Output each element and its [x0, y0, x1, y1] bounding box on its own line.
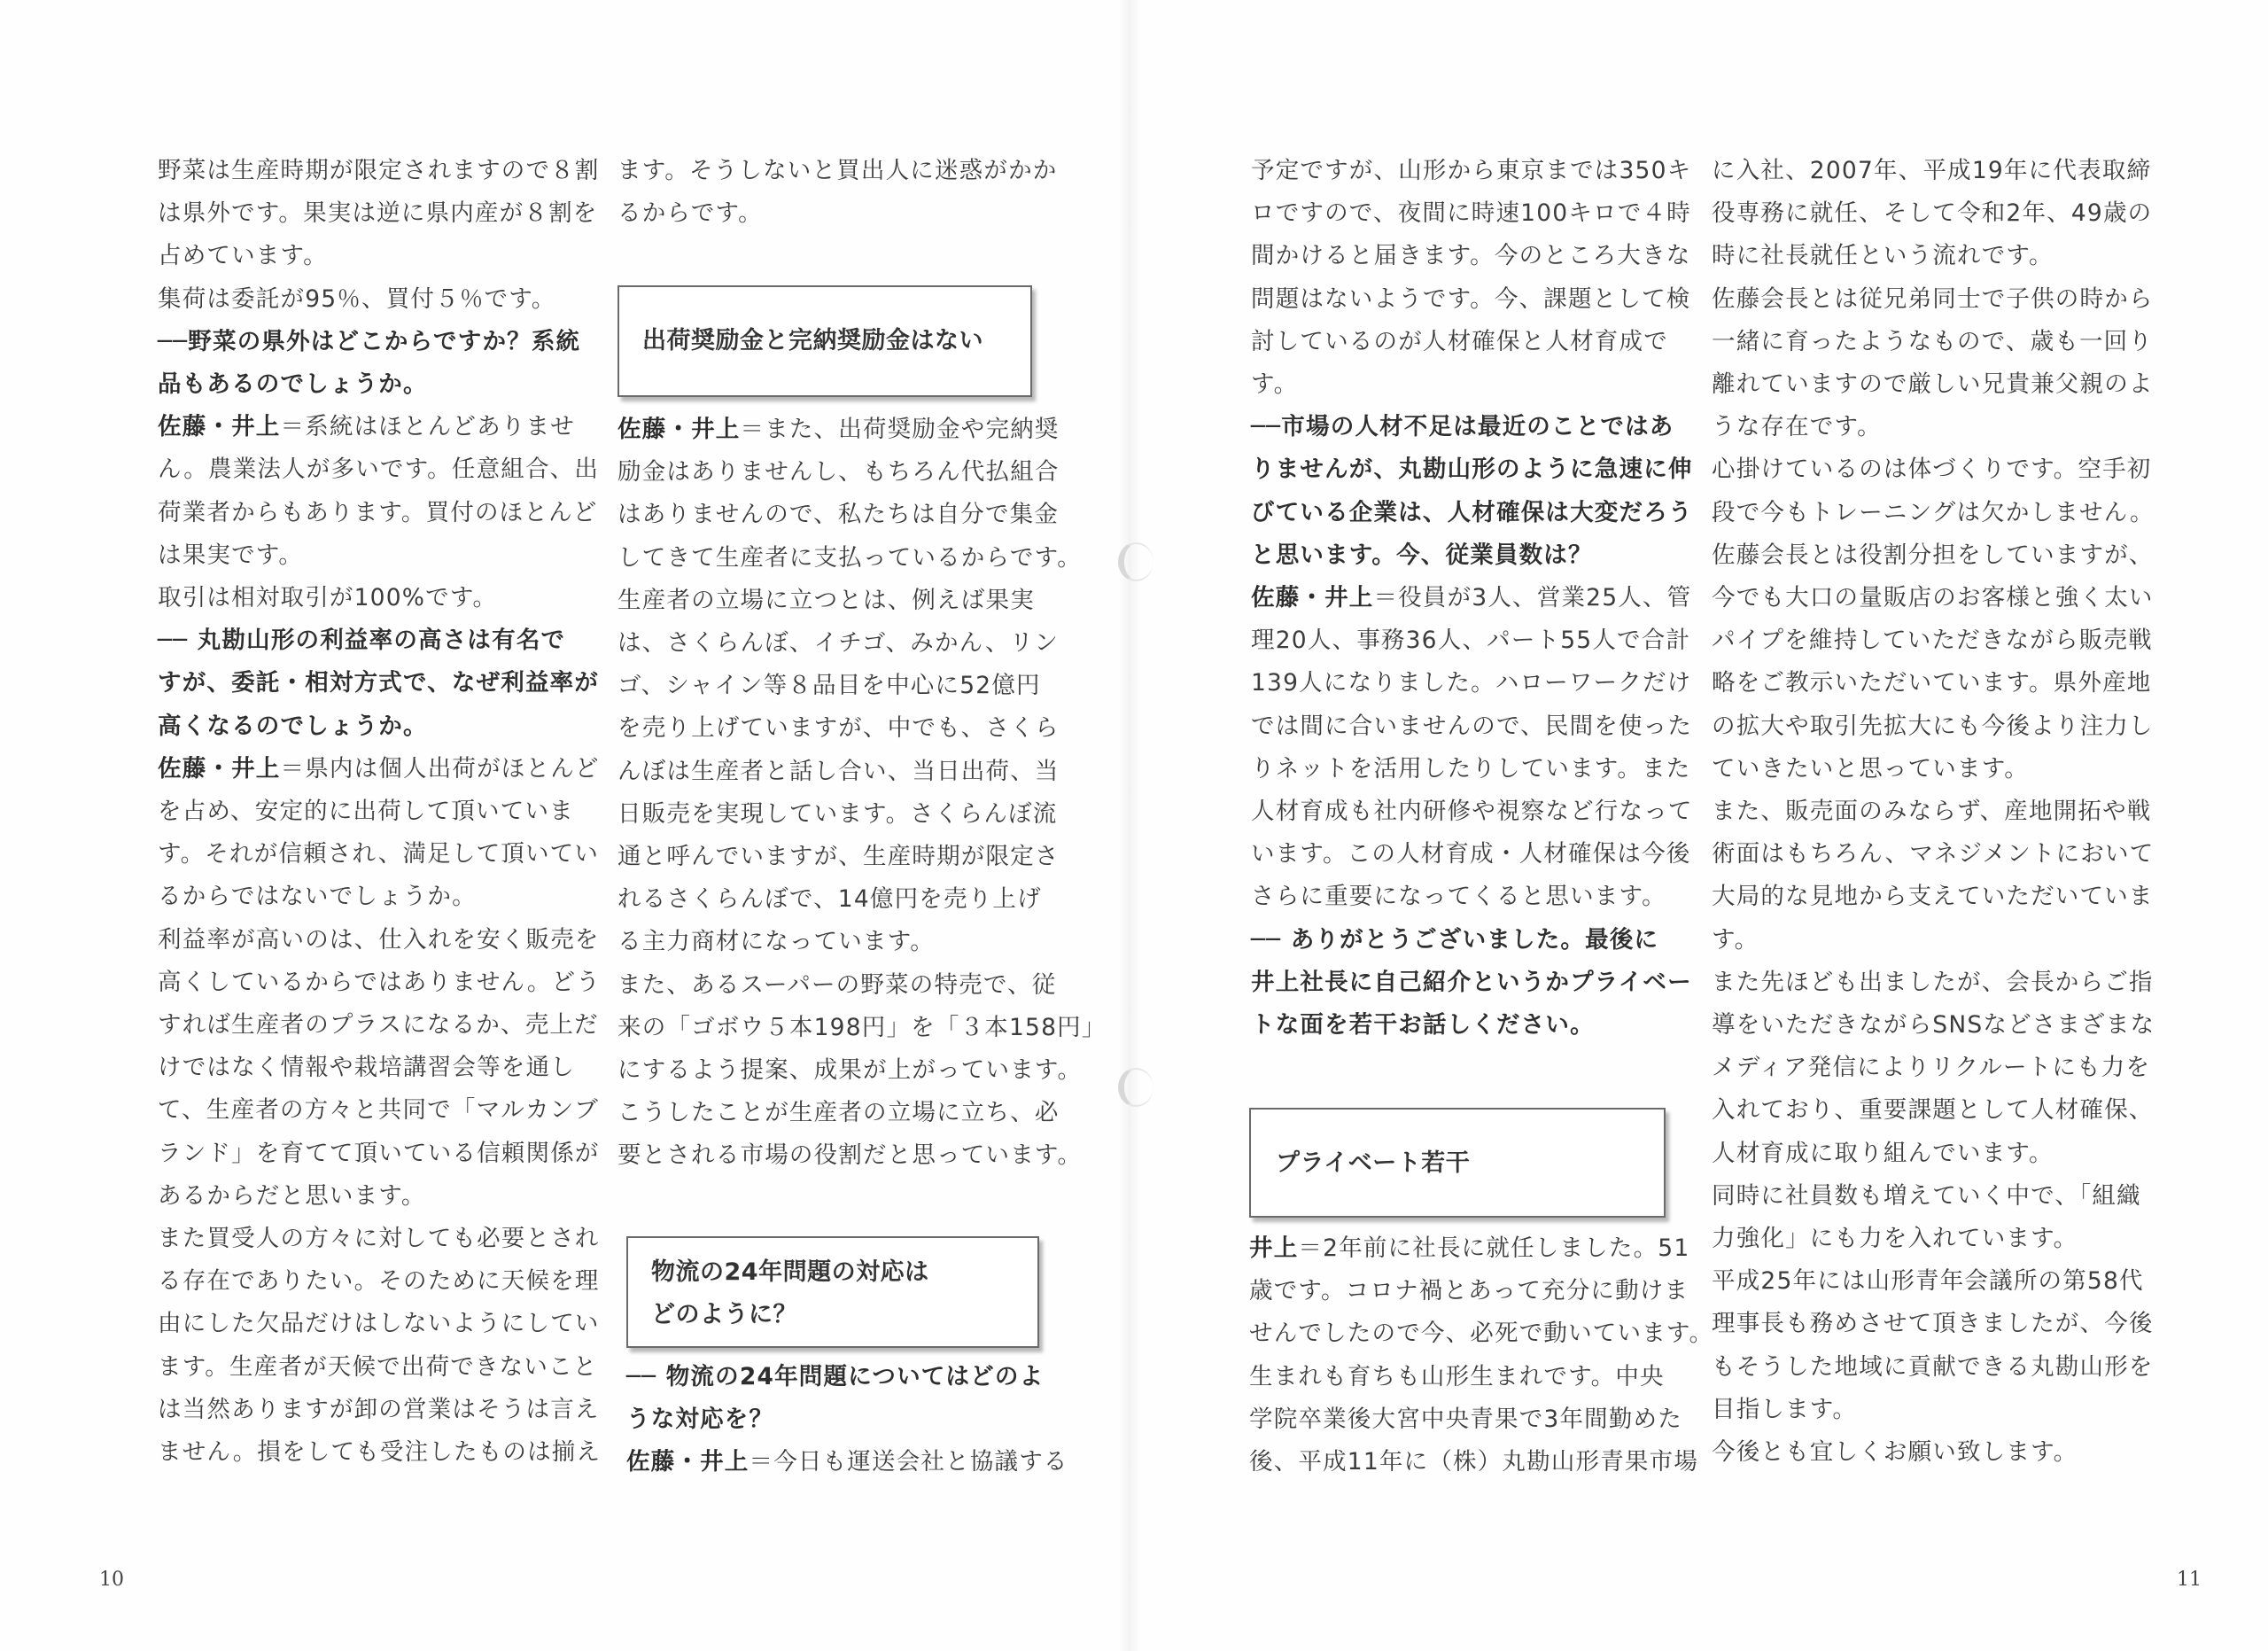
line-text: 心掛けているのは体づくりです。空手初 [1712, 456, 2151, 483]
line-text: 今後とも宜しくお願い致します。 [1712, 1438, 2078, 1466]
line-text: 野菜は生産時期が限定されますので８割 [158, 157, 600, 184]
line-text: は果実です。 [158, 541, 303, 569]
line-text: トな面を若干お話しください。 [1251, 1011, 1595, 1039]
text-line: こうしたことが生産者の立場に立ち、必 [617, 1098, 1060, 1128]
line-text: 佐藤会長とは従兄弟同士で子供の時から [1712, 285, 2154, 313]
line-text: るからではないでしょうか。 [158, 883, 477, 910]
line-text: す。 [1251, 370, 1298, 398]
line-text: ──野菜の県外はどこからですか？系統 [158, 328, 580, 355]
line-text: 大局的な見地から支えていただいていま [1712, 883, 2154, 910]
text-line: す。それが信頼され、満足して頂いてい [158, 839, 599, 869]
section-heading-box: プライベート若干 [1249, 1108, 1666, 1218]
line-text: ます。生産者が天候で出荷できないこと [158, 1353, 597, 1381]
line-text: 後、平成11年に（株）丸勘山形青果市場 [1249, 1448, 1698, 1476]
text-line: います。この人材育成・人材確保は今後 [1251, 839, 1690, 869]
line-text: 佐藤会長とは役割分担をしていますが、 [1712, 541, 2154, 569]
text-line: 後、平成11年に（株）丸勘山形青果市場 [1249, 1447, 1698, 1477]
speaker-label: 佐藤・井上 [158, 413, 281, 440]
line-text: ません。損をしても受注したものは揃え [158, 1438, 601, 1466]
text-line: に入社、2007年、平成19年に代表取締 [1712, 156, 2151, 186]
line-text: 高くなるのでしょうか。 [158, 713, 428, 740]
line-text: けではなく情報や栽培講習会等を通し [158, 1054, 575, 1081]
line-text: 139人になりました。ハローワークだけ [1251, 669, 1691, 697]
line-text: ランド」を育てて頂いている信頼関係が [158, 1140, 600, 1167]
text-line: 理事長も務めさせて頂きましたが、今後 [1712, 1309, 2154, 1339]
page-10: 野菜は生産時期が限定されますので８割は県外です。果実は逆に県内産が８割を占めてい… [0, 0, 1130, 1651]
text-line: 荷業者からもあります。買付のほとんど [158, 498, 597, 528]
text-line: 術面はもちろん、マネジメントにおいて [1712, 839, 2154, 869]
line-text: ゴ、シャイン等８品目を中心に52億円 [617, 672, 1041, 699]
section-heading-box: 出荷奨励金と完納奨励金はない [617, 285, 1032, 397]
line-text: 予定ですが、山形から東京までは350キ [1251, 157, 1691, 184]
line-text: すが、委託・相対方式で、なぜ利益率が [158, 669, 599, 697]
line-text: メディア発信によりリクルートにも力を [1712, 1054, 2150, 1081]
text-line: メディア発信によりリクルートにも力を [1712, 1053, 2150, 1083]
text-line: 心掛けているのは体づくりです。空手初 [1712, 455, 2151, 485]
line-text: は、さくらんぼ、イチゴ、みかん、リン [617, 629, 1059, 657]
text-line: 利益率が高いのは、仕入れを安く販売を [158, 925, 600, 955]
line-text: 入れており、重要課題として人材確保、 [1712, 1096, 2154, 1124]
question-line: トな面を若干お話しください。 [1251, 1010, 1595, 1040]
line-text: 離れていますので厳しい兄貴兼父親のよ [1712, 370, 2154, 398]
line-text: の拡大や取引先拡大にも今後より注力し [1712, 713, 2154, 740]
line-text: ＝また、出荷奨励金や完納奨 [741, 416, 1060, 443]
text-line: はありませんので、私たちは自分で集金 [617, 500, 1059, 530]
text-line: る主力商材になっています。 [617, 927, 935, 957]
line-text: る主力商材になっています。 [617, 928, 935, 955]
text-line: 理20人、事務36人、パート55人で合計 [1251, 626, 1690, 656]
text-line: て、生産者の方々と共同で「マルカンブ [158, 1095, 599, 1125]
line-text: 間かけると届きます。今のところ大きな [1251, 242, 1690, 269]
speaker-line: 佐藤・井上＝役員が3人、営業25人、管 [1251, 583, 1691, 613]
line-text: 理20人、事務36人、パート55人で合計 [1251, 627, 1690, 654]
text-line: けではなく情報や栽培講習会等を通し [158, 1053, 575, 1083]
text-line: ランド」を育てて頂いている信頼関係が [158, 1139, 600, 1169]
line-text: びている企業は、人材確保は大変だろう [1251, 499, 1693, 526]
text-line: ます。そうしないと買出人に迷惑がかか [617, 156, 1057, 186]
line-text: また買受人の方々に対しても必要とされ [158, 1225, 600, 1252]
line-text: ＝2年前に社長に就任しました。51 [1298, 1234, 1689, 1262]
text-line: また買受人の方々に対しても必要とされ [158, 1224, 600, 1254]
line-text: 討しているのが人材確保と人材育成で [1251, 328, 1668, 355]
magazine-spread: 野菜は生産時期が限定されますので８割は県外です。果実は逆に県内産が８割を占めてい… [0, 0, 2268, 1651]
question-line: ──市場の人材不足は最近のことではあ [1251, 412, 1674, 442]
line-text: 取引は相対取引が100%です。 [158, 584, 497, 611]
line-text: ロですので、夜間に時速100キロで４時 [1251, 199, 1691, 227]
line-text: もそうした地域に貢献できる丸勘山形を [1712, 1353, 2154, 1381]
line-text: こうしたことが生産者の立場に立ち、必 [617, 1099, 1060, 1126]
text-line: れるさくらんぼで、14億円を売り上げ [617, 884, 1042, 915]
text-line: うな存在です。 [1712, 412, 1882, 442]
text-line: の拡大や取引先拡大にも今後より注力し [1712, 712, 2154, 742]
line-text: 通と呼んでいますが、生産時期が限定さ [617, 843, 1060, 870]
text-line: また先ほども出ましたが、会長からご指 [1712, 968, 2154, 998]
question-line: 品もあるのでしょうか。 [158, 370, 428, 400]
text-line: 力強化」にも力を入れています。 [1712, 1224, 2078, 1254]
text-line: では間に合いませんので、民間を使った [1251, 712, 1692, 742]
line-text: 一緒に育ったようなもので、歳も一回り [1712, 328, 2153, 355]
question-line: りませんが、丸勘山形のように急速に伸 [1251, 455, 1693, 485]
line-text: ん。農業法人が多いです。任意組合、出 [158, 456, 599, 483]
text-line: 人材育成も社内研修や視察など行なって [1251, 797, 1693, 827]
line-text: 役専務に就任、そして令和2年、49歳の [1712, 199, 2152, 227]
line-text: 導をいただきながらSNSなどさまざまな [1712, 1011, 2155, 1039]
section-heading-box: 物流の24年問題の対応は どのように？ [626, 1236, 1039, 1348]
line-text: れるさくらんぼで、14億円を売り上げ [617, 885, 1042, 913]
line-text: を占め、安定的に出荷して頂いていま [158, 798, 574, 825]
line-text: は県外です。果実は逆に県内産が８割を [158, 199, 597, 227]
text-line: は当然ありますが卸の営業はそうは言え [158, 1395, 600, 1425]
text-line: ます。生産者が天候で出荷できないこと [158, 1352, 597, 1382]
page-number: 11 [2177, 1569, 2202, 1591]
text-line: ロですので、夜間に時速100キロで４時 [1251, 199, 1691, 229]
speaker-label: 佐藤・井上 [158, 755, 281, 783]
section-heading-line-1: 物流の24年問題の対応は [651, 1258, 929, 1288]
line-text: ──市場の人材不足は最近のことではあ [1251, 413, 1674, 440]
text-line: 139人になりました。ハローワークだけ [1251, 668, 1691, 698]
text-line: りネットを活用したりしています。また [1251, 754, 1690, 784]
page-number: 10 [99, 1569, 124, 1591]
text-line: 略をご教示いただいています。県外産地 [1712, 668, 2151, 698]
text-line: 高くしているからではありません。どう [158, 968, 601, 998]
text-line: にするよう提案、成果が上がっています。 [617, 1055, 1082, 1086]
speaker-label: 佐藤・井上 [626, 1448, 750, 1476]
text-line: 役専務に就任、そして令和2年、49歳の [1712, 199, 2152, 229]
text-line: 日販売を実現しています。さくらんぼ流 [617, 799, 1057, 829]
line-text: では間に合いませんので、民間を使った [1251, 713, 1692, 740]
line-text: してきて生産者に支払っているからです。 [617, 544, 1082, 572]
line-text: る存在でありたい。そのために天候を理 [158, 1267, 600, 1295]
line-text: ── ありがとうございました。最後に [1251, 926, 1658, 954]
line-text: 歳です。コロナ禍とあって充分に動けま [1249, 1277, 1689, 1304]
text-line: るからです。 [617, 199, 763, 229]
text-line: 野菜は生産時期が限定されますので８割 [158, 156, 600, 186]
text-line: 来の「ゴボウ５本198円」を「３本158円」 [617, 1013, 1107, 1043]
speaker-line: 佐藤・井上＝今日も運送会社と協議する [626, 1447, 1068, 1477]
question-line: 井上社長に自己紹介というかプライベー [1251, 968, 1692, 998]
text-line: んぼは生産者と話し合い、当日出荷、当 [617, 757, 1060, 787]
line-text: は当然ありますが卸の営業はそうは言え [158, 1396, 600, 1423]
speaker-label: 佐藤・井上 [1251, 584, 1374, 611]
question-line: すが、委託・相対方式で、なぜ利益率が [158, 668, 599, 698]
question-line: びている企業は、人材確保は大変だろう [1251, 498, 1693, 528]
line-text: 日販売を実現しています。さくらんぼ流 [617, 800, 1057, 828]
line-text: すれば生産者のプラスになるか、売上だ [158, 1011, 599, 1039]
text-line: 佐藤会長とは役割分担をしていますが、 [1712, 541, 2154, 571]
text-line: る存在でありたい。そのために天候を理 [158, 1266, 600, 1297]
text-line: また、販売面のみならず、産地開拓や戦 [1712, 797, 2151, 827]
line-text: 励金はありませんし、もちろん代払組合 [617, 458, 1060, 486]
text-line: ん。農業法人が多いです。任意組合、出 [158, 455, 599, 485]
line-text: て、生産者の方々と共同で「マルカンブ [158, 1096, 599, 1124]
text-line: 集荷は委託が95％、買付５％です。 [158, 284, 556, 315]
text-line: あるからだと思います。 [158, 1181, 426, 1211]
speaker-line: 佐藤・井上＝系統はほとんどありませ [158, 412, 575, 442]
text-line: ません。損をしても受注したものは揃え [158, 1437, 601, 1468]
speaker-line: 井上＝2年前に社長に就任しました。51 [1249, 1234, 1689, 1264]
line-text: はありませんので、私たちは自分で集金 [617, 501, 1059, 528]
text-line: 導をいただきながらSNSなどさまざまな [1712, 1010, 2155, 1040]
question-line: ── ありがとうございました。最後に [1251, 925, 1658, 955]
speaker-label: 井上 [1249, 1234, 1298, 1262]
text-line: 要とされる市場の役割だと思っています。 [617, 1141, 1082, 1171]
line-text: 力強化」にも力を入れています。 [1712, 1225, 2078, 1252]
text-line: 予定ですが、山形から東京までは350キ [1251, 156, 1691, 186]
speaker-label: 佐藤・井上 [617, 416, 741, 443]
text-line: せんでしたので今、必死で動いています。 [1249, 1319, 1713, 1349]
text-line: ていきたいと思っています。 [1712, 754, 2029, 784]
line-text: あるからだと思います。 [158, 1182, 426, 1210]
line-text: うな対応を？ [626, 1406, 773, 1433]
text-line: 問題はないようです。今、課題として検 [1251, 284, 1690, 315]
text-line: もそうした地域に貢献できる丸勘山形を [1712, 1352, 2154, 1382]
line-text: 要とされる市場の役割だと思っています。 [617, 1141, 1082, 1169]
question-line: と思います。今、従業員数は？ [1251, 541, 1593, 571]
line-text: 利益率が高いのは、仕入れを安く販売を [158, 926, 600, 954]
text-line: 取引は相対取引が100%です。 [158, 583, 497, 613]
line-text: ── 丸勘山形の利益率の高さは有名で [158, 627, 565, 654]
line-text: 生産者の立場に立つとは、例えば果実 [617, 587, 1035, 614]
line-text: 高くしているからではありません。どう [158, 969, 601, 996]
line-text: 時に社長就任という流れです。 [1712, 242, 2054, 269]
line-text: ── 物流の24年問題についてはどのよ [626, 1363, 1044, 1390]
line-text: 略をご教示いただいています。県外産地 [1712, 669, 2151, 697]
text-line: るからではないでしょうか。 [158, 882, 477, 912]
text-line: 目指します。 [1712, 1395, 1857, 1425]
line-text: さらに重要になってくると思います。 [1251, 883, 1666, 910]
text-line: を売り上げていますが、中でも、さくら [617, 713, 1060, 744]
text-line: 入れており、重要課題として人材確保、 [1712, 1095, 2154, 1125]
question-line: うな対応を？ [626, 1405, 773, 1435]
line-text: るからです。 [617, 199, 763, 227]
text-line: 生産者の立場に立つとは、例えば果実 [617, 586, 1035, 616]
question-line: ──野菜の県外はどこからですか？系統 [158, 327, 580, 357]
question-line: 高くなるのでしょうか。 [158, 712, 428, 742]
line-text: 理事長も務めさせて頂きましたが、今後 [1712, 1310, 2154, 1337]
line-text: と思います。今、従業員数は？ [1251, 541, 1593, 569]
text-line: 生まれも育ちも山形生まれです。中央 [1249, 1362, 1665, 1392]
line-text: また、販売面のみならず、産地開拓や戦 [1712, 798, 2151, 825]
text-line: は果実です。 [158, 541, 303, 571]
line-text: んぼは生産者と話し合い、当日出荷、当 [617, 758, 1060, 785]
text-line: すれば生産者のプラスになるか、売上だ [158, 1010, 599, 1040]
line-text: 集荷は委託が95％、買付５％です。 [158, 285, 556, 313]
line-text: ＝役員が3人、営業25人、管 [1374, 584, 1692, 611]
text-line: 通と呼んでいますが、生産時期が限定さ [617, 842, 1060, 872]
line-text: ＝県内は個人出荷がほとんど [281, 755, 600, 783]
line-text: りネットを活用したりしています。また [1251, 755, 1690, 783]
text-line: 間かけると届きます。今のところ大きな [1251, 241, 1690, 271]
text-line: 人材育成に取り組んでいます。 [1712, 1139, 2054, 1169]
line-text: 同時に社員数も増えていく中で、「組織 [1712, 1182, 2141, 1210]
line-text: に入社、2007年、平成19年に代表取締 [1712, 157, 2151, 184]
text-line: は県外です。果実は逆に県内産が８割を [158, 199, 597, 229]
line-text: 生まれも育ちも山形生まれです。中央 [1249, 1363, 1665, 1390]
section-heading: 出荷奨励金と完納奨励金はない [642, 326, 983, 356]
line-text: ＝今日も運送会社と協議する [750, 1448, 1068, 1476]
text-line: 励金はありませんし、もちろん代払組合 [617, 457, 1060, 487]
text-line: 一緒に育ったようなもので、歳も一回り [1712, 327, 2153, 357]
line-text: 井上社長に自己紹介というかプライベー [1251, 969, 1692, 996]
line-text: りませんが、丸勘山形のように急速に伸 [1251, 456, 1693, 483]
line-text: パイプを維持していただきながら販売戦 [1712, 627, 2153, 654]
line-text: また先ほども出ましたが、会長からご指 [1712, 969, 2154, 996]
page-11: 予定ですが、山形から東京までは350キロですので、夜間に時速100キロで４時間か… [1130, 0, 2268, 1651]
line-text: 問題はないようです。今、課題として検 [1251, 285, 1690, 313]
text-line: 大局的な見地から支えていただいていま [1712, 882, 2154, 912]
text-line: 離れていますので厳しい兄貴兼父親のよ [1712, 370, 2154, 400]
line-text: うな存在です。 [1712, 413, 1882, 440]
text-line: また、あるスーパーの野菜の特売で、従 [617, 970, 1056, 1001]
line-text: ます。そうしないと買出人に迷惑がかか [617, 157, 1057, 184]
line-text: にするよう提案、成果が上がっています。 [617, 1056, 1082, 1084]
text-line: 平成25年には山形青年会議所の第58代 [1712, 1266, 2144, 1297]
text-line: 占めています。 [158, 241, 328, 271]
line-text: 目指します。 [1712, 1396, 1857, 1423]
section-heading: プライベート若干 [1276, 1149, 1470, 1179]
line-text: また、あるスーパーの野菜の特売で、従 [617, 971, 1056, 999]
text-line: は、さくらんぼ、イチゴ、みかん、リン [617, 628, 1059, 658]
line-text: ＝系統はほとんどありませ [281, 413, 575, 440]
line-text: 来の「ゴボウ５本198円」を「３本158円」 [617, 1014, 1107, 1041]
text-line: 段で今もトレーニングは欠かしません。 [1712, 498, 2155, 528]
question-line: ── 物流の24年問題についてはどのよ [626, 1362, 1044, 1392]
line-text: せんでしたので今、必死で動いています。 [1249, 1320, 1713, 1347]
speaker-line: 佐藤・井上＝県内は個人出荷がほとんど [158, 754, 600, 784]
line-text: す。 [1712, 926, 1759, 954]
speaker-line: 佐藤・井上＝また、出荷奨励金や完納奨 [617, 415, 1060, 445]
line-text: 占めています。 [158, 242, 328, 269]
line-text: います。この人材育成・人材確保は今後 [1251, 840, 1690, 868]
text-line: パイプを維持していただきながら販売戦 [1712, 626, 2153, 656]
line-text: す。それが信頼され、満足して頂いてい [158, 840, 599, 868]
line-text: 術面はもちろん、マネジメントにおいて [1712, 840, 2154, 868]
text-line: 今でも大口の量販店のお客様と強く太い [1712, 583, 2154, 613]
line-text: 人材育成に取り組んでいます。 [1712, 1140, 2054, 1167]
line-text: 人材育成も社内研修や視察など行なって [1251, 798, 1693, 825]
text-line: を占め、安定的に出荷して頂いていま [158, 797, 574, 827]
text-line: す。 [1251, 370, 1298, 400]
text-line: 由にした欠品だけはしないようにしてい [158, 1309, 600, 1339]
line-text: 由にした欠品だけはしないようにしてい [158, 1310, 600, 1337]
question-line: ── 丸勘山形の利益率の高さは有名で [158, 626, 565, 656]
line-text: 平成25年には山形青年会議所の第58代 [1712, 1267, 2144, 1295]
text-line: 時に社長就任という流れです。 [1712, 241, 2054, 271]
text-line: ゴ、シャイン等８品目を中心に52億円 [617, 671, 1041, 701]
line-text: 品もあるのでしょうか。 [158, 370, 428, 398]
text-line: 同時に社員数も増えていく中で、「組織 [1712, 1181, 2141, 1211]
line-text: 学院卒業後大宮中央青果で3年間勤めた [1249, 1406, 1682, 1433]
line-text: 段で今もトレーニングは欠かしません。 [1712, 499, 2155, 526]
line-text: 今でも大口の量販店のお客様と強く太い [1712, 584, 2154, 611]
text-line: す。 [1712, 925, 1759, 955]
text-line: さらに重要になってくると思います。 [1251, 882, 1666, 912]
line-text: ていきたいと思っています。 [1712, 755, 2029, 783]
text-line: 歳です。コロナ禍とあって充分に動けま [1249, 1276, 1689, 1306]
text-line: 佐藤会長とは従兄弟同士で子供の時から [1712, 284, 2154, 315]
text-line: 討しているのが人材確保と人材育成で [1251, 327, 1668, 357]
text-line: してきて生産者に支払っているからです。 [617, 543, 1082, 573]
text-line: 学院卒業後大宮中央青果で3年間勤めた [1249, 1405, 1682, 1435]
section-heading-line-2: どのように？ [651, 1300, 797, 1330]
line-text: 荷業者からもあります。買付のほとんど [158, 499, 597, 526]
line-text: を売り上げていますが、中でも、さくら [617, 714, 1060, 742]
text-line: 今後とも宜しくお願い致します。 [1712, 1437, 2078, 1468]
